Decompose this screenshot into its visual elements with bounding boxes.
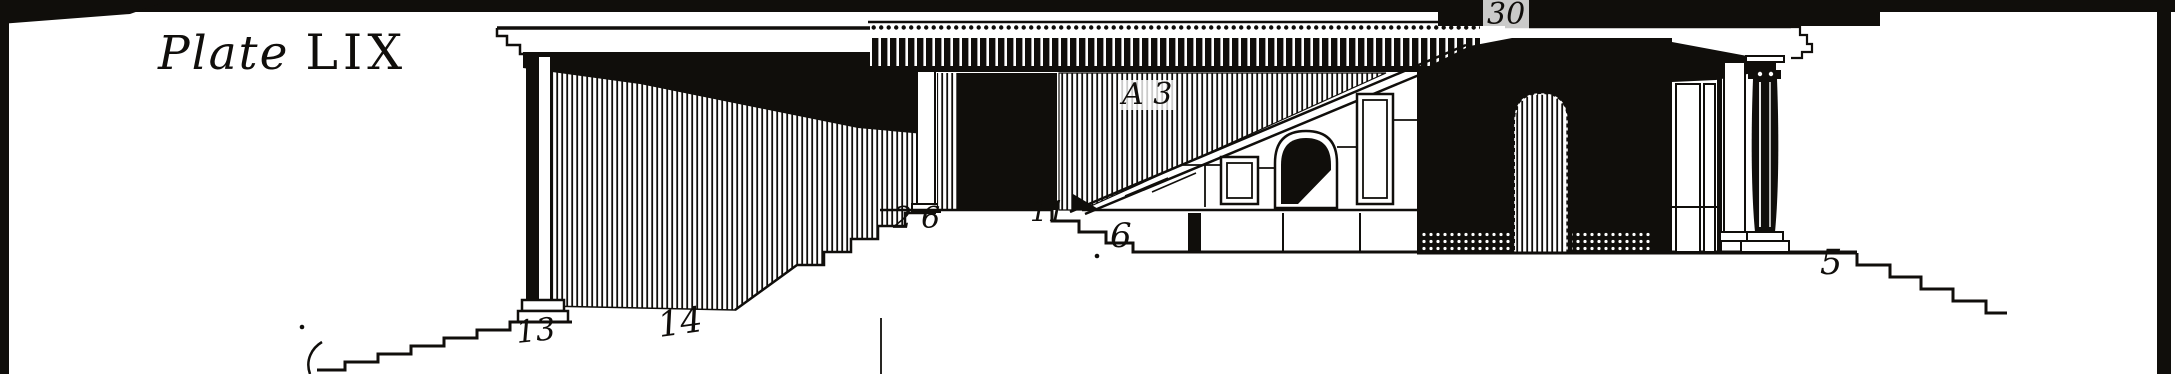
plate-title: PlateLIX [158, 24, 407, 81]
pilaster-gap [1717, 60, 1722, 253]
label-26: 26 [893, 204, 949, 234]
block-joint-thick [1188, 213, 1201, 252]
stipple-band-left [1420, 232, 1510, 253]
ink-dot-2 [1095, 254, 1100, 259]
label-13: 13 [514, 314, 556, 349]
border-left [0, 0, 9, 374]
wall-sliver [937, 73, 957, 210]
column-shaft [1752, 79, 1779, 232]
column-capital-upper [1752, 62, 1776, 70]
column-plinth [1741, 241, 1789, 252]
left-column-base [522, 300, 564, 311]
left-column-shaft [538, 56, 551, 306]
shaft-highlight-1 [1759, 82, 1761, 227]
border-right [2157, 5, 2171, 374]
shaft-highlight-2 [1769, 82, 1771, 227]
column-capital-lower [1748, 70, 1781, 79]
bead-molding [870, 25, 1480, 36]
ink-dot [300, 325, 305, 330]
dark-section-mass [1417, 38, 1672, 253]
label-11: 11 [1030, 198, 1066, 226]
anta-base [1720, 232, 1749, 241]
stipple-band-right [1572, 232, 1652, 253]
engraved-plate-page: PlateLIX A 3 30 26 11 6 13 14 5 [0, 0, 2175, 374]
anta-pilaster [1724, 62, 1745, 232]
dentil-band [870, 38, 1480, 70]
capital-dot-1 [1758, 72, 1762, 76]
border-top [0, 0, 2175, 12]
dark-doorway [957, 73, 1057, 210]
doorway-jamb-pilaster [917, 58, 935, 213]
hatched-niche [1515, 94, 1567, 253]
label-14: 14 [656, 303, 705, 344]
column-base [1747, 232, 1783, 241]
wall-panel-1 [1676, 84, 1700, 252]
label-room-a3: A 3 [1118, 80, 1176, 110]
capital-dot-2 [1769, 72, 1773, 76]
wall-panel-2 [1704, 84, 1715, 252]
column-abacus [1746, 56, 1784, 62]
label-5: 5 [1820, 246, 1842, 281]
label-6: 6 [1110, 219, 1132, 253]
left-column-shadow [526, 56, 538, 306]
label-30: 30 [1483, 0, 1529, 30]
plate-title-script: Plate [158, 26, 289, 81]
plate-title-numeral: LIX [305, 24, 407, 81]
